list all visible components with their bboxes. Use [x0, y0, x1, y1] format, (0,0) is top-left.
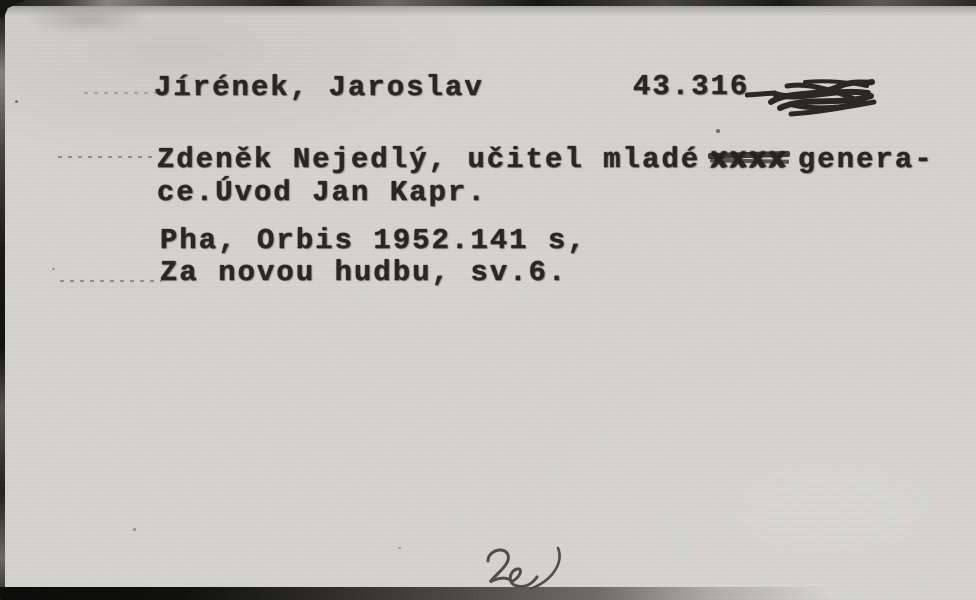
- leader-dashes: [84, 92, 156, 94]
- title-prefix: Zdeněk Nejedlý, učitel mladé: [157, 143, 700, 176]
- leader-dashes: [60, 280, 162, 282]
- ink-speck: [716, 129, 720, 133]
- ink-speck: [133, 528, 136, 531]
- ink-speck: [398, 547, 401, 549]
- crossed-out-scribble: [745, 72, 880, 122]
- scan-edge-left: [0, 0, 5, 600]
- smudge-top-left: [10, 4, 180, 42]
- handwritten-mark: [472, 543, 587, 598]
- title-struck-word: xxxx: [710, 143, 788, 176]
- imprint-line: Pha, Orbis 1952.141 s,: [160, 224, 587, 257]
- title-suffix: genera-: [798, 143, 934, 176]
- title-line-1: Zdeněk Nejedlý, učitel mladéxxxxgenera-: [157, 143, 934, 176]
- heading-author: Jírének, Jaroslav: [154, 71, 484, 104]
- call-number: 43.316: [633, 70, 749, 103]
- ink-speck: [15, 100, 18, 103]
- series-line: Za novou hudbu, sv.6.: [160, 256, 567, 289]
- title-line-2: ce.Úvod Jan Kapr.: [157, 176, 487, 209]
- catalog-card: Jírének, Jaroslav 43.316 Zdeněk Nejedlý,…: [0, 0, 976, 600]
- scan-edge-bottom: [0, 587, 830, 600]
- leader-dashes: [58, 156, 158, 158]
- ink-speck: [52, 268, 55, 270]
